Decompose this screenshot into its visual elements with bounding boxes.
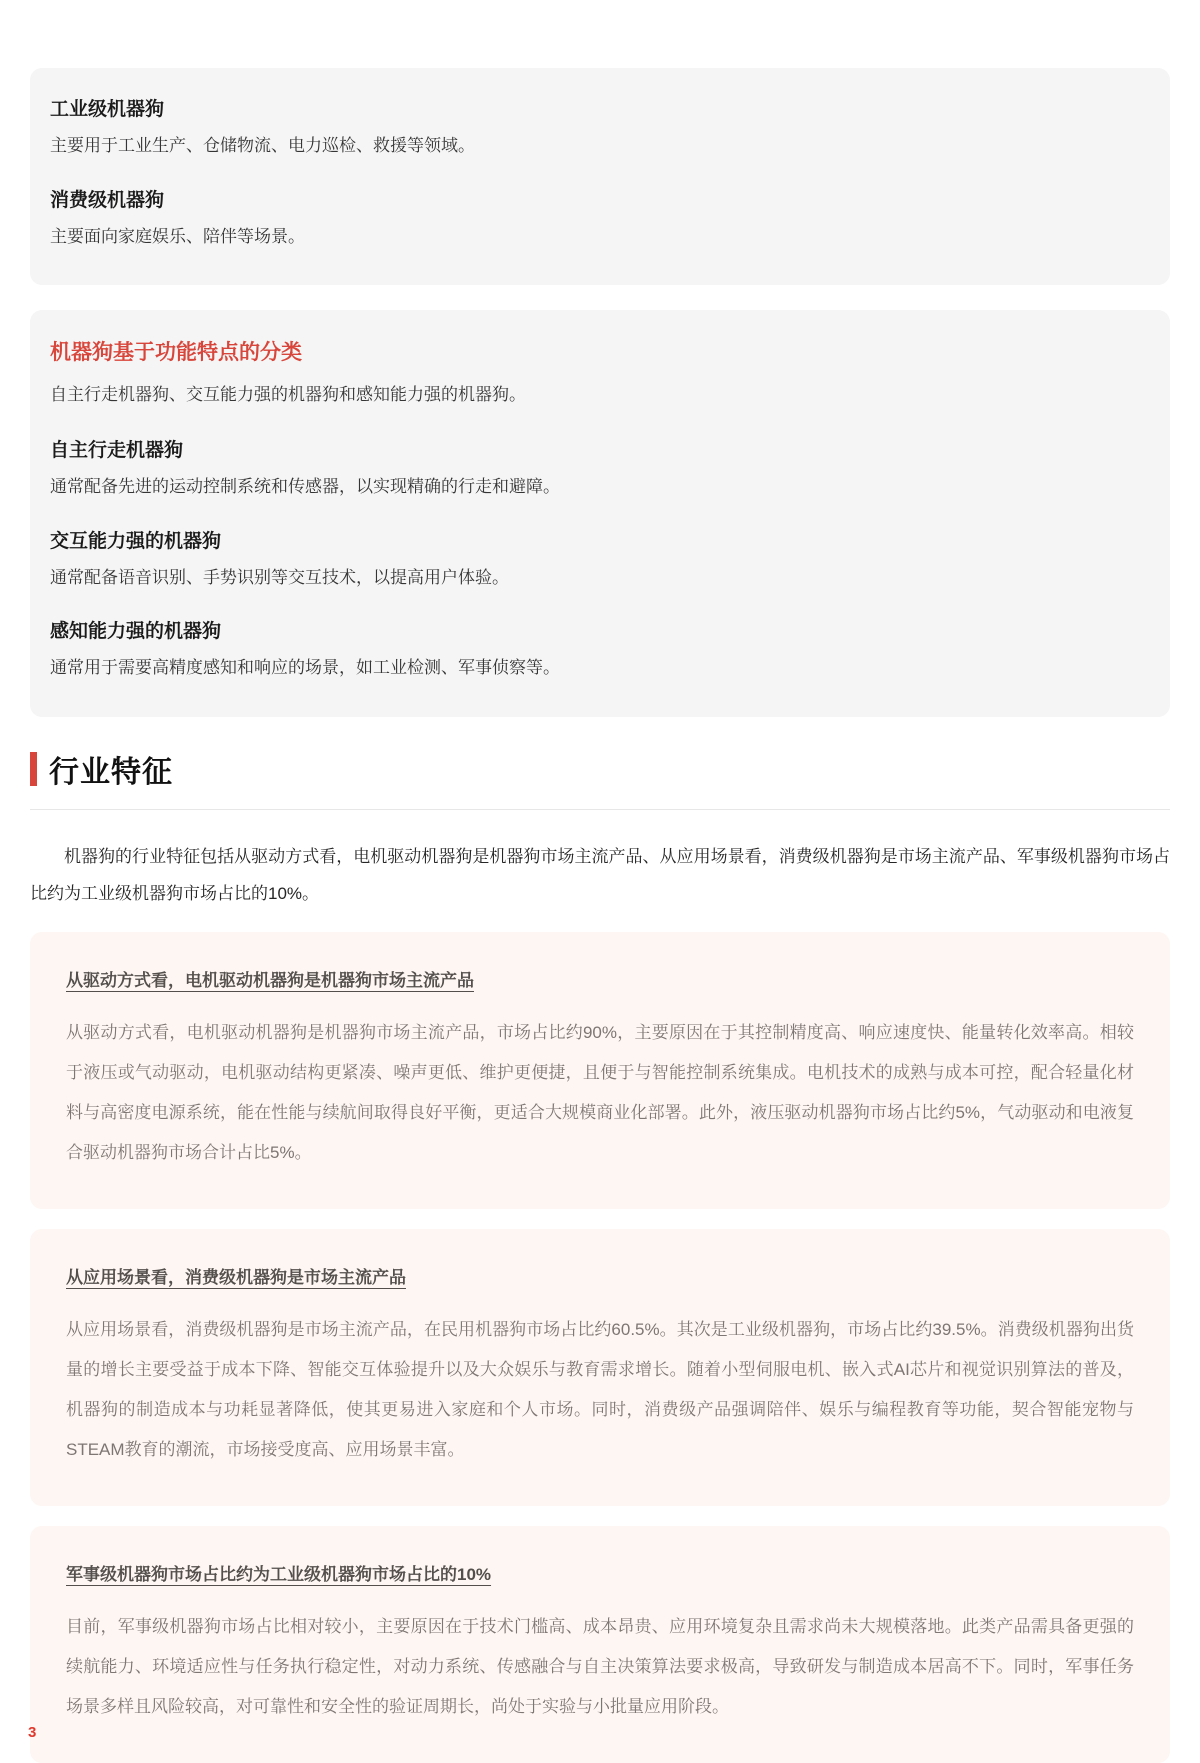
document-page: 工业级机器狗 主要用于工业生产、仓储物流、电力巡检、救援等领域。 消费级机器狗 … [30, 0, 1170, 1763]
feature-card-body: 从应用场景看，消费级机器狗是市场主流产品，在民用机器狗市场占比约60.5%。其次… [66, 1310, 1134, 1470]
feature-card-body: 目前，军事级机器狗市场占比相对较小，主要原因在于技术门槛高、成本昂贵、应用环境复… [66, 1607, 1134, 1727]
section-header: 行业特征 [30, 747, 1170, 791]
classification-item: 工业级机器狗 主要用于工业生产、仓储物流、电力巡检、救援等领域。 [50, 94, 1150, 159]
function-box-heading: 机器狗基于功能特点的分类 [50, 336, 1150, 366]
section-title: 行业特征 [49, 747, 173, 791]
classification-item-desc: 通常配备先进的运动控制系统和传感器，以实现精确的行走和避障。 [50, 474, 1150, 500]
feature-card-application-scene: 从应用场景看，消费级机器狗是市场主流产品 从应用场景看，消费级机器狗是市场主流产… [30, 1229, 1170, 1506]
function-box-summary: 自主行走机器狗、交互能力强的机器狗和感知能力强的机器狗。 [50, 380, 1150, 405]
classification-item-desc: 通常配备语音识别、手势识别等交互技术，以提高用户体验。 [50, 565, 1150, 591]
classification-item-title: 交互能力强的机器狗 [50, 526, 1150, 553]
section-intro-paragraph: 机器狗的行业特征包括从驱动方式看，电机驱动机器狗是机器狗市场主流产品、从应用场景… [30, 838, 1170, 913]
classification-item-desc: 主要用于工业生产、仓储物流、电力巡检、救援等领域。 [50, 133, 1150, 159]
application-classification-box: 工业级机器狗 主要用于工业生产、仓储物流、电力巡检、救援等领域。 消费级机器狗 … [30, 68, 1170, 285]
classification-item-title: 感知能力强的机器狗 [50, 616, 1150, 643]
feature-card-title: 从应用场景看，消费级机器狗是市场主流产品 [66, 1263, 1134, 1288]
classification-item-desc: 通常用于需要高精度感知和响应的场景，如工业检测、军事侦察等。 [50, 655, 1150, 681]
classification-item: 消费级机器狗 主要面向家庭娱乐、陪伴等场景。 [50, 185, 1150, 250]
classification-item: 自主行走机器狗 通常配备先进的运动控制系统和传感器，以实现精确的行走和避障。 [50, 435, 1150, 500]
section-accent-bar-icon [30, 752, 37, 786]
feature-card-military-share: 军事级机器狗市场占比约为工业级机器狗市场占比的10% 目前，军事级机器狗市场占比… [30, 1526, 1170, 1763]
feature-card-drive-mode: 从驱动方式看，电机驱动机器狗是机器狗市场主流产品 从驱动方式看，电机驱动机器狗是… [30, 932, 1170, 1209]
classification-item-desc: 主要面向家庭娱乐、陪伴等场景。 [50, 224, 1150, 250]
classification-item: 感知能力强的机器狗 通常用于需要高精度感知和响应的场景，如工业检测、军事侦察等。 [50, 616, 1150, 681]
classification-item-title: 消费级机器狗 [50, 185, 1150, 212]
function-classification-box: 机器狗基于功能特点的分类 自主行走机器狗、交互能力强的机器狗和感知能力强的机器狗… [30, 310, 1170, 717]
feature-card-title: 军事级机器狗市场占比约为工业级机器狗市场占比的10% [66, 1560, 1134, 1585]
page-number: 3 [28, 1724, 36, 1741]
classification-item-title: 自主行走机器狗 [50, 435, 1150, 462]
classification-item-title: 工业级机器狗 [50, 94, 1150, 121]
section-divider [30, 809, 1170, 810]
feature-card-body: 从驱动方式看，电机驱动机器狗是机器狗市场主流产品，市场占比约90%，主要原因在于… [66, 1013, 1134, 1173]
classification-item: 交互能力强的机器狗 通常配备语音识别、手势识别等交互技术，以提高用户体验。 [50, 526, 1150, 591]
feature-card-title: 从驱动方式看，电机驱动机器狗是机器狗市场主流产品 [66, 966, 1134, 991]
